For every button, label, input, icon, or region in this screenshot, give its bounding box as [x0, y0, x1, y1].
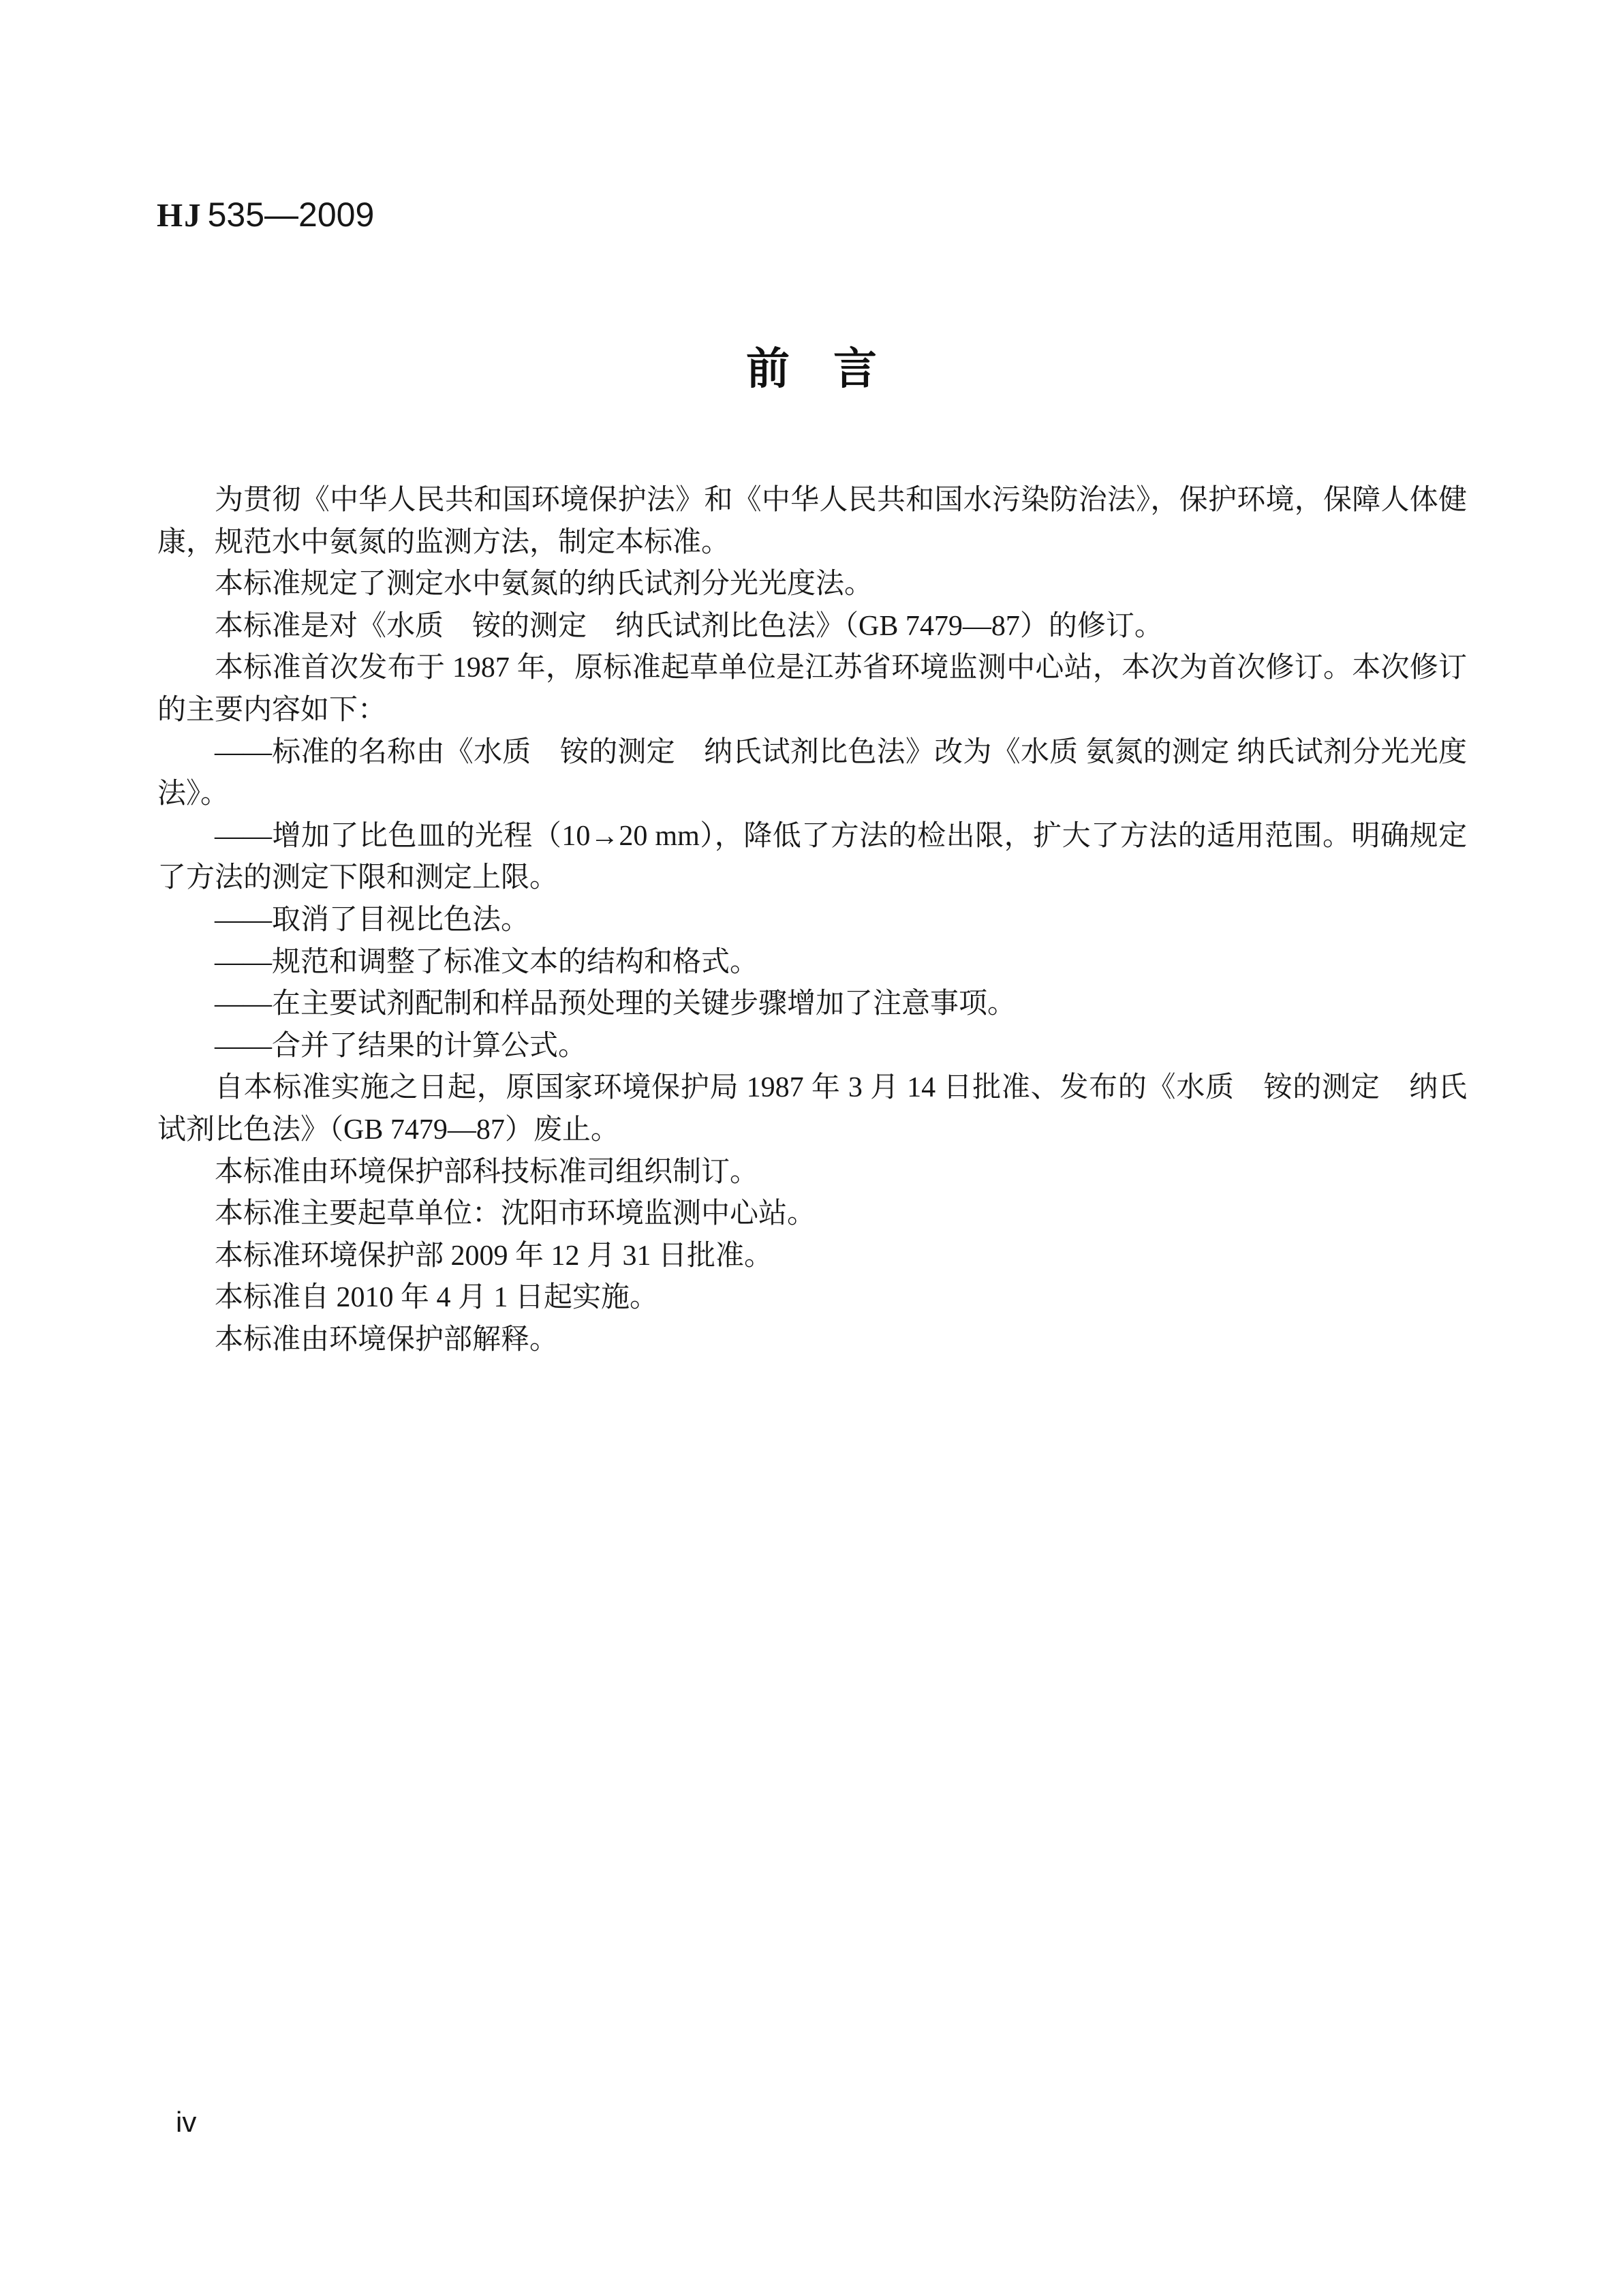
foreword-list-item: ——在主要试剂配制和样品预处理的关键步骤增加了注意事项。: [157, 983, 1467, 1026]
foreword-paragraph: 本标准规定了测定水中氨氮的纳氏试剂分光光度法。: [157, 564, 1467, 606]
foreword-list-item: ——取消了目视比色法。: [157, 900, 1467, 942]
foreword-paragraph: 本标准自 2010 年 4 月 1 日起实施。: [157, 1277, 1467, 1319]
foreword-paragraph: 本标准由环境保护部解释。: [157, 1319, 1467, 1362]
document-page: HJ535—2009 前 言 为贯彻《中华人民共和国环境保护法》和《中华人民共和…: [0, 0, 1623, 2296]
foreword-paragraph: 为贯彻《中华人民共和国环境保护法》和《中华人民共和国水污染防治法》，保护环境，保…: [157, 480, 1467, 564]
standard-number: 535—2009: [208, 196, 375, 234]
foreword-paragraph: 本标准由环境保护部科技标准司组织制订。: [157, 1152, 1467, 1194]
foreword-paragraph: 本标准环境保护部 2009 年 12 月 31 日批准。: [157, 1236, 1467, 1278]
foreword-paragraph: 本标准是对《水质 铵的测定 纳氏试剂比色法》（GB 7479—87）的修订。: [157, 606, 1467, 648]
standard-code-header: HJ535—2009: [157, 195, 374, 234]
foreword-body: 为贯彻《中华人民共和国环境保护法》和《中华人民共和国水污染防治法》，保护环境，保…: [157, 480, 1467, 1361]
foreword-list-item: ——标准的名称由《水质 铵的测定 纳氏试剂比色法》改为《水质 氨氮的测定 纳氏试…: [157, 732, 1467, 816]
foreword-paragraph: 自本标准实施之日起，原国家环境保护局 1987 年 3 月 14 日批准、发布的…: [157, 1067, 1467, 1151]
page-number: iv: [176, 2106, 196, 2139]
standard-prefix: HJ: [157, 196, 202, 234]
foreword-paragraph: 本标准主要起草单位：沈阳市环境监测中心站。: [157, 1193, 1467, 1236]
foreword-list-item: ——规范和调整了标准文本的结构和格式。: [157, 942, 1467, 984]
page-title: 前 言: [0, 345, 1623, 393]
foreword-list-item: ——合并了结果的计算公式。: [157, 1026, 1467, 1068]
foreword-list-item: ——增加了比色皿的光程（10→20 mm），降低了方法的检出限，扩大了方法的适用…: [157, 816, 1467, 900]
foreword-paragraph: 本标准首次发布于 1987 年，原标准起草单位是江苏省环境监测中心站，本次为首次…: [157, 647, 1467, 731]
